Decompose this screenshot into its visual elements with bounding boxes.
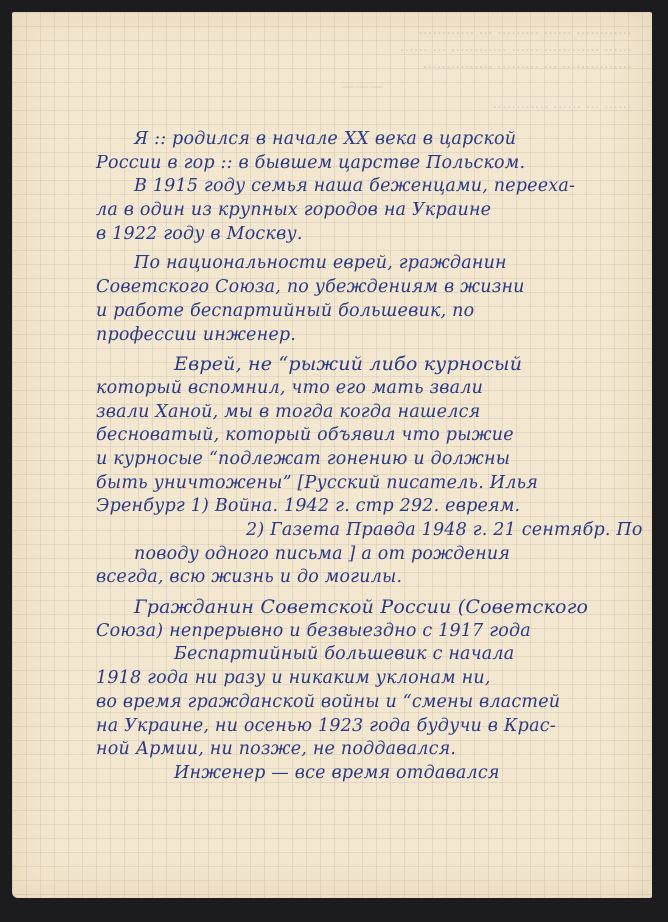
text-line: В 1915 году семья наша беженцами, переех… <box>96 175 652 199</box>
handwritten-text: Я :: родился в начале XX века в царской … <box>96 128 652 786</box>
bleed-through-text: ………… …… ……… … ………… …… ………… …… ………… … …… … <box>92 22 632 113</box>
text-line: звали Ханой, мы в тогда когда нашелся <box>96 401 652 425</box>
bleed-line: ——— <box>92 79 632 96</box>
text-line: России в гор :: в бывшем царстве Польско… <box>96 152 652 176</box>
text-line: По национальности еврей, гражданин <box>96 252 652 276</box>
text-line: Эренбург 1) Война. 1942 г. стр 292. евре… <box>96 495 652 519</box>
text-line: Я :: родился в начале XX века в царской <box>96 128 652 152</box>
text-line: и курносые “подлежат гонению и должны <box>96 448 652 472</box>
text-line: который вспомнил, что его мать звали <box>96 377 652 401</box>
text-line: во время гражданской войны и “смены влас… <box>96 691 652 715</box>
paragraph-engineer: Инженер — все время отдавался <box>96 762 652 786</box>
paragraph-family-move: В 1915 году семья наша беженцами, переех… <box>96 175 652 246</box>
bleed-line: …… … …… ………… <box>92 96 632 113</box>
text-line: бесноватый, который объявил что рыжие <box>96 424 652 448</box>
text-line: Советского Союза, по убеждениям в жизни <box>96 276 652 300</box>
text-line: поводу одного письма ] а от рождения <box>96 543 652 567</box>
paragraph-citizen: Гражданин Советской России (Советского С… <box>96 596 652 762</box>
text-line: 2) Газета Правда 1948 г. 21 сентябр. По <box>96 519 652 543</box>
bleed-line: …… ………… …… ………… … …… <box>92 39 632 56</box>
text-line: быть уничтожены” [Русский писатель. Илья <box>96 472 652 496</box>
text-line: Еврей, не “рыжий либо курносый <box>96 353 652 377</box>
document-page: ………… …… ……… … ………… …… ………… …… ………… … …… … <box>12 12 652 898</box>
text-line: на Украине, ни осенью 1923 года будучи в… <box>96 715 652 739</box>
bleed-line: ………… …… ……… … ………… <box>92 22 632 39</box>
text-line: Союза) непрерывно и безвыездно с 1917 го… <box>96 620 652 644</box>
paragraph-nationality: По национальности еврей, гражданин Совет… <box>96 252 652 347</box>
bleed-line: …………… … ……… …………… <box>92 56 632 73</box>
paragraph-birth: Я :: родился в начале XX века в царской … <box>96 128 652 175</box>
text-line: в 1922 году в Москву. <box>96 223 652 247</box>
text-line: и работе беспартийный большевик, по <box>96 300 652 324</box>
text-line: ной Армии, ни позже, не поддавался. <box>96 738 652 762</box>
text-line: 1918 года ни разу и никаким уклонам ни, <box>96 667 652 691</box>
text-line: Беспартийный большевик с начала <box>96 643 652 667</box>
text-line: ла в один из крупных городов на Украине <box>96 199 652 223</box>
text-line: всегда, всю жизнь и до могилы. <box>96 566 652 590</box>
text-line: Инженер — все время отдавался <box>96 762 652 786</box>
text-line: Гражданин Советской России (Советского <box>96 596 652 620</box>
paragraph-jew-quote: Еврей, не “рыжий либо курносый который в… <box>96 353 652 590</box>
text-line: профессии инженер. <box>96 324 652 348</box>
